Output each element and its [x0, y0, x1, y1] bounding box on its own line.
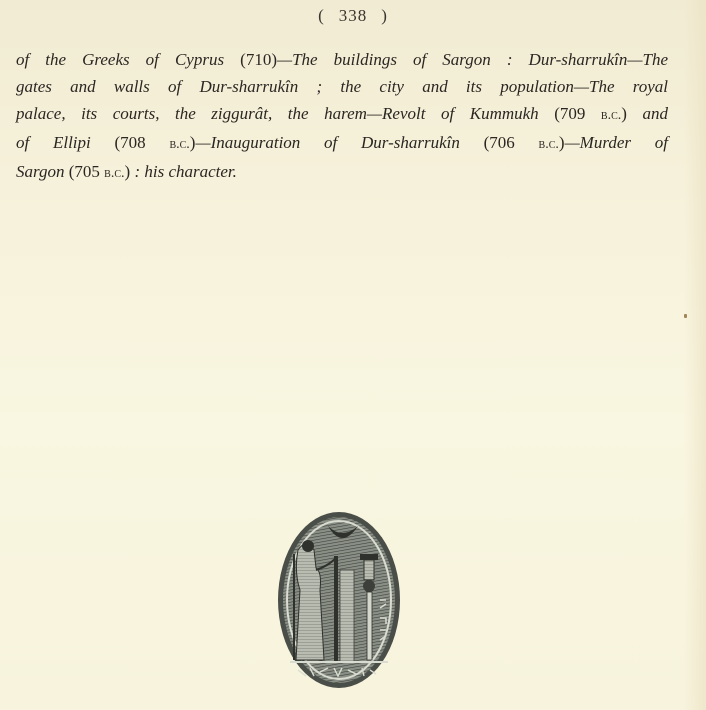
date-text: (708: [115, 133, 170, 152]
era-abbreviation: b.c.: [601, 108, 621, 123]
era-abbreviation: b.c.: [104, 166, 124, 181]
summary-line: of the Greeks of Cyprus (710)—The buildi…: [16, 46, 668, 73]
date-text: (710): [240, 50, 277, 69]
seal-illustration: [276, 510, 402, 690]
summary-text: Sargon: [16, 162, 69, 181]
page-number-open-paren: (: [318, 6, 325, 26]
page-number-close-paren: ): [381, 6, 388, 26]
summary-text: and: [627, 104, 668, 123]
print-speck: [684, 314, 687, 318]
summary-text: of the Greeks of Cyprus: [16, 50, 240, 69]
summary-line: Sargon (705 b.c.) : his character.: [16, 158, 668, 187]
summary-text: —Inauguration of Dur-sharrukîn: [195, 133, 483, 152]
era-abbreviation: b.c.: [169, 137, 189, 152]
page-number-value: 338: [339, 6, 368, 25]
date-text: (705: [69, 162, 104, 181]
summary-text: of Ellipi: [16, 133, 115, 152]
page-edge-shadow: [684, 0, 706, 710]
summary-text: —The buildings of Sargon : Dur-sharrukîn…: [277, 50, 668, 69]
date-text: (706: [484, 133, 539, 152]
summary-line: palace, its courts, the ziggurât, the ha…: [16, 100, 668, 129]
summary-line: gates and walls of Dur-sharrukîn ; the c…: [16, 73, 668, 100]
summary-text: —Murder of: [565, 133, 668, 152]
summary-line: of Ellipi (708 b.c.)—Inauguration of Dur…: [16, 129, 668, 158]
seal-engraving-icon: [276, 510, 402, 690]
date-text: (709: [554, 104, 601, 123]
summary-text: palace, its courts, the ziggurât, the ha…: [16, 104, 554, 123]
summary-text: gates and walls of Dur-sharrukîn ; the c…: [16, 77, 668, 96]
summary-text: : his character.: [130, 162, 237, 181]
era-abbreviation: b.c.: [539, 137, 559, 152]
chapter-summary-paragraph: of the Greeks of Cyprus (710)—The buildi…: [16, 46, 668, 187]
page-number: (338): [0, 6, 706, 26]
